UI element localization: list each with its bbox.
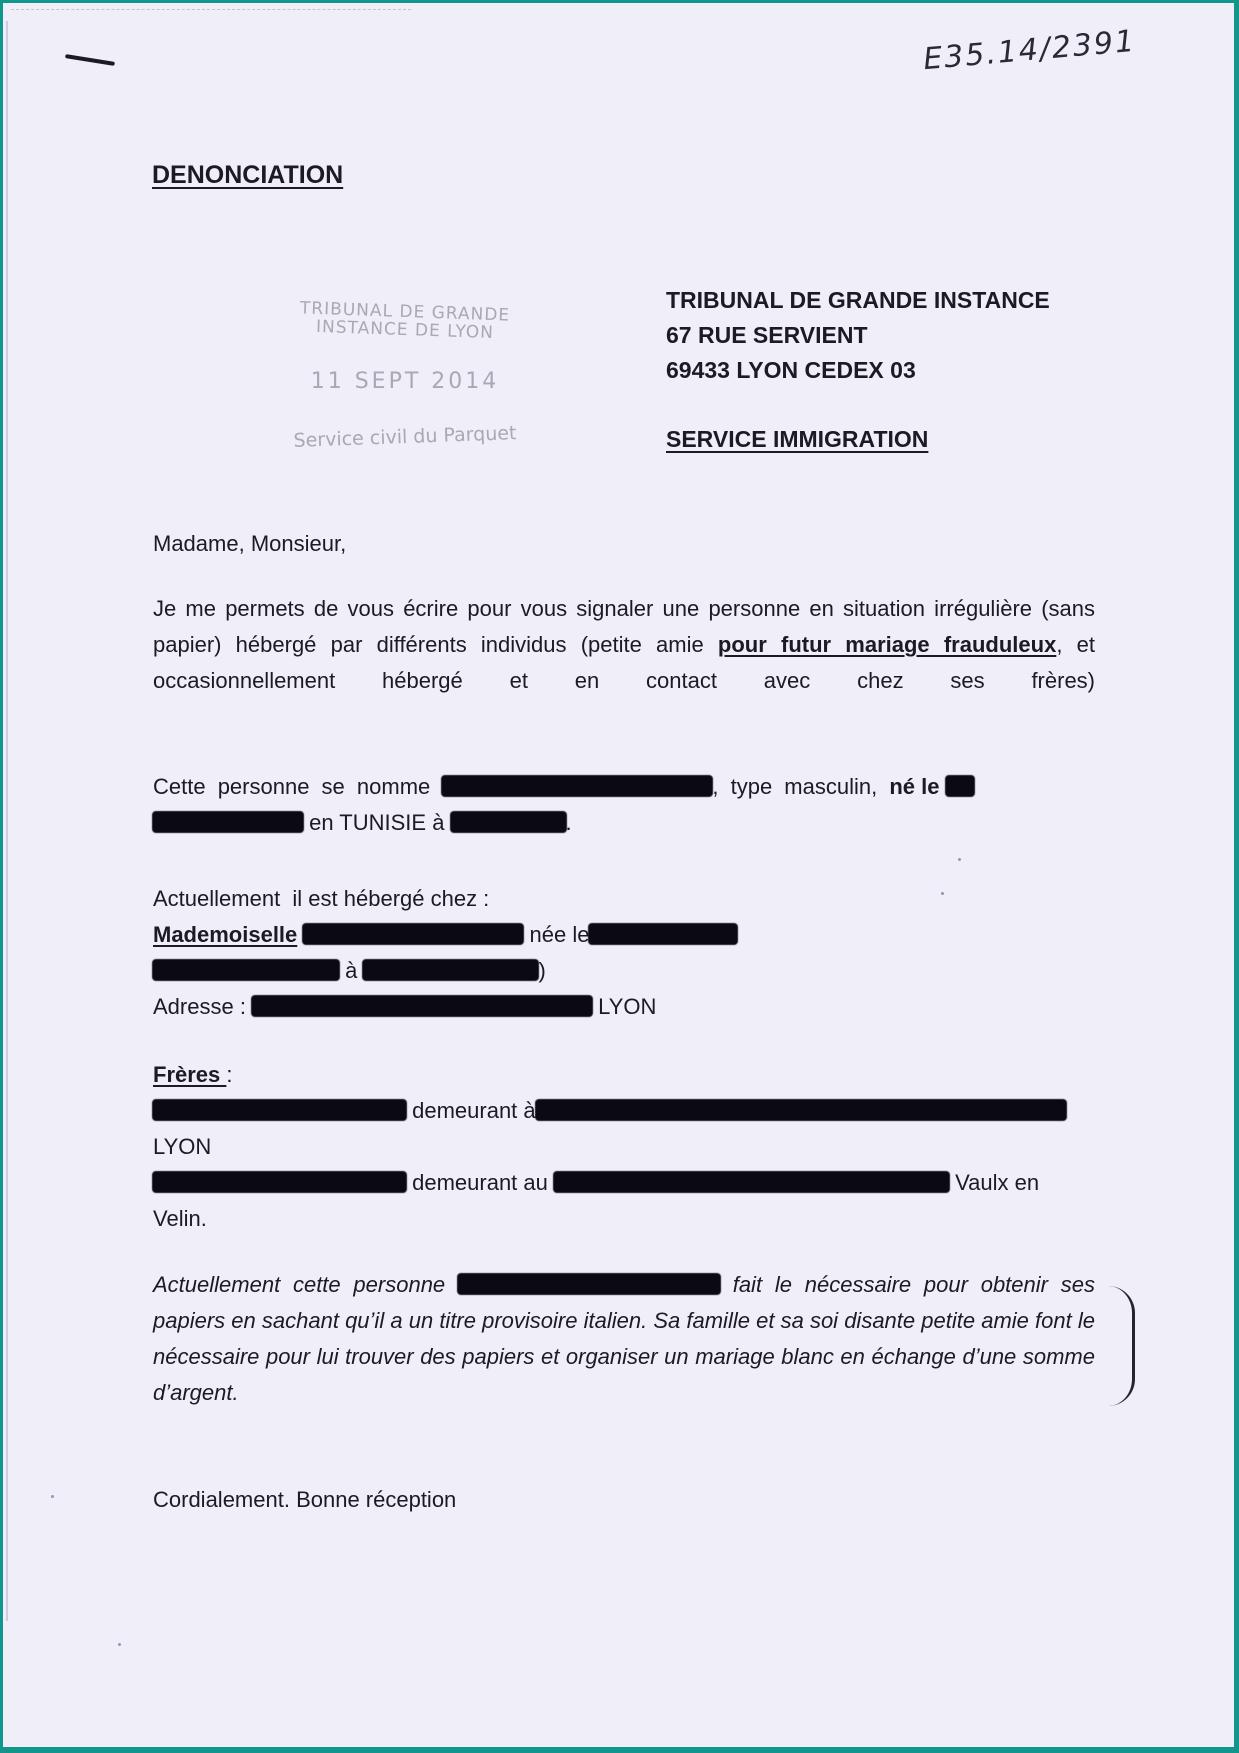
- birthplace-close: ): [538, 958, 545, 983]
- identity-line-2: en TUNISIE à .: [153, 805, 1095, 841]
- identity-text-1: Cette personne se nomme: [153, 774, 442, 799]
- handwritten-reference-number: E35.14/2391: [922, 24, 1138, 77]
- recipient-street: 67 RUE SERVIENT: [666, 318, 1050, 353]
- scanned-page: E35.14/2391 DENONCIATION TRIBUNAL DE GRA…: [3, 3, 1234, 1747]
- redacted-name: [442, 776, 712, 796]
- housing-host-line: Mademoiselle née le: [153, 917, 1095, 953]
- identity-birth-label: né le: [889, 774, 939, 799]
- brother-2-city: Vaulx en: [949, 1170, 1039, 1195]
- brother-1-line: demeurant à: [153, 1093, 1095, 1129]
- brothers-heading: Frères :: [153, 1057, 1095, 1093]
- brothers-section: Frères : demeurant à LYON demeurant au V…: [153, 1057, 1095, 1237]
- redacted-birth-city: [451, 812, 566, 832]
- closing: Cordialement. Bonne réception: [153, 1482, 1095, 1518]
- address-city: LYON: [592, 994, 656, 1019]
- birthplace-label: à: [339, 958, 363, 983]
- brother-2-text: demeurant au: [406, 1170, 554, 1195]
- identity-line-1: Cette personne se nomme , type masculin,…: [153, 769, 1095, 805]
- redacted-birth-day: [946, 776, 974, 796]
- host-born-label: née le: [523, 922, 589, 947]
- redacted-brother-2-name: [153, 1172, 406, 1192]
- redacted-host-name: [303, 924, 523, 944]
- document-title: DENONCIATION: [152, 161, 343, 190]
- redacted-brother-1-name: [153, 1100, 406, 1120]
- housing-birthplace-line: à ): [153, 953, 1095, 989]
- recipient-city: 69433 LYON CEDEX 03: [666, 353, 1050, 388]
- redacted-person-name: [458, 1274, 720, 1294]
- scan-speck: [941, 892, 944, 895]
- salutation: Madame, Monsieur,: [153, 526, 1095, 562]
- scan-artifact-line: [11, 9, 411, 13]
- redacted-host-birthplace-2: [363, 960, 538, 980]
- handwritten-dash-mark: [65, 54, 115, 66]
- redacted-host-birthplace-1: [153, 960, 339, 980]
- stamp-date: 11 SEPT 2014: [265, 369, 545, 394]
- housing-intro: Actuellement il est hébergé chez :: [153, 881, 1095, 917]
- redacted-host-address: [252, 996, 592, 1016]
- redacted-brother-1-address: [536, 1100, 1066, 1120]
- recipient-address: TRIBUNAL DE GRANDE INSTANCE 67 RUE SERVI…: [666, 283, 1050, 388]
- scan-edge-shadow: [6, 21, 8, 1621]
- brother-1-city: LYON: [153, 1129, 1095, 1165]
- handwritten-bracket-mark: [1108, 1286, 1135, 1406]
- identity-text-3: en TUNISIE à: [303, 810, 451, 835]
- brothers-colon: :: [226, 1062, 232, 1087]
- recipient-service: SERVICE IMMIGRATION: [666, 426, 928, 453]
- stamp-service: Service civil du Parquet: [265, 421, 546, 453]
- brother-2-city-cont: Velin.: [153, 1201, 1095, 1237]
- identity-text-2: , type masculin,: [712, 774, 889, 799]
- housing-address-line: Adresse : LYON: [153, 989, 1095, 1025]
- paragraph-report-emphasis: pour futur mariage frauduleux: [718, 632, 1056, 657]
- scan-speck: [118, 1643, 121, 1646]
- brother-2-line: demeurant au Vaulx en: [153, 1165, 1095, 1201]
- redacted-birth-date: [153, 812, 303, 832]
- redacted-brother-2-address: [554, 1172, 949, 1192]
- paragraph-intent: Actuellement cette personne fait le néce…: [153, 1267, 1095, 1447]
- scan-speck: [51, 1495, 54, 1498]
- recipient-name: TRIBUNAL DE GRANDE INSTANCE: [666, 283, 1050, 318]
- scan-speck: [958, 858, 961, 861]
- court-received-stamp: TRIBUNAL DE GRANDE INSTANCE DE LYON 11 S…: [265, 303, 545, 448]
- paragraph-identity: Cette personne se nomme , type masculin,…: [153, 769, 1095, 841]
- brothers-label: Frères: [153, 1062, 226, 1087]
- identity-period: .: [566, 810, 572, 835]
- paragraph-report: Je me permets de vous écrire pour vous s…: [153, 591, 1095, 735]
- address-label: Adresse :: [153, 994, 252, 1019]
- intent-text-1: Actuellement cette personne: [153, 1272, 458, 1297]
- brother-1-text: demeurant à: [406, 1098, 536, 1123]
- host-label: Mademoiselle: [153, 922, 297, 947]
- housing-section: Actuellement il est hébergé chez : Madem…: [153, 881, 1095, 1025]
- redacted-host-birthdate: [589, 924, 737, 944]
